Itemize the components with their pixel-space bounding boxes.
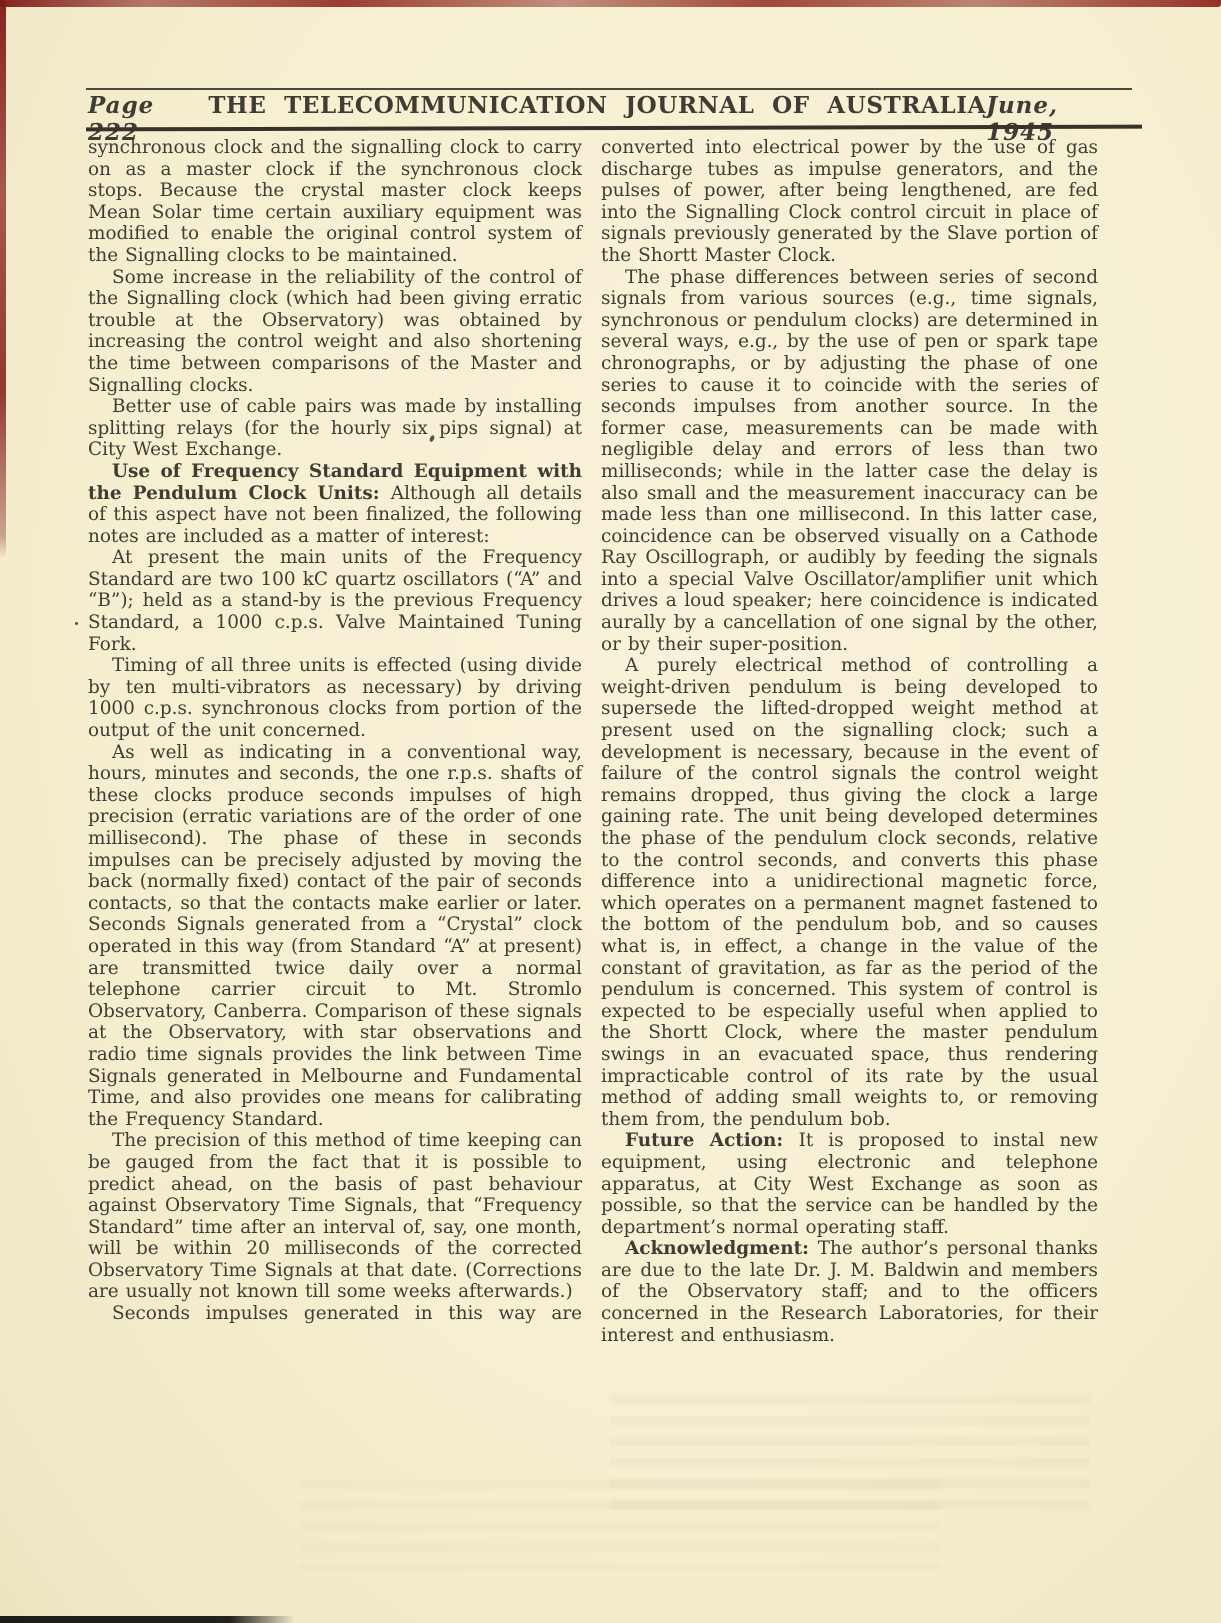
scan-artifact-bottom-edge (0, 1616, 295, 1623)
paragraph: As well as indicating in a conventional … (88, 742, 582, 1131)
paragraph: Better use of cable pairs was made by in… (88, 396, 582, 461)
ink-speck (75, 622, 78, 625)
paragraph: The precision of this method of time kee… (88, 1130, 582, 1303)
scan-artifact-left-edge (0, 0, 6, 558)
paragraph: Timing of all three units is effected (u… (88, 655, 582, 741)
paragraph: synchronous clock and the signalling clo… (88, 137, 582, 267)
paragraph: A purely electrical method of controllin… (601, 655, 1098, 1130)
paragraph: The phase differences between series of … (601, 267, 1098, 656)
left-column: synchronous clock and the signalling clo… (88, 137, 582, 1325)
scan-artifact-top-edge (0, 0, 1221, 7)
runin-heading: Acknowledgment: (625, 1238, 818, 1259)
paragraph: Seconds impulses generated in this way a… (88, 1303, 582, 1325)
paragraph: Future Action: It is proposed to instal … (601, 1130, 1098, 1238)
showthrough-ghost-text (610, 1395, 1090, 1515)
paragraph: Acknowledgment: The author’s personal th… (601, 1238, 1098, 1346)
showthrough-ghost-text (300, 1480, 940, 1570)
runin-heading: Future Action: (625, 1130, 799, 1151)
paragraph: Use of Frequency Standard Equipment with… (88, 461, 582, 547)
runin-heading: Use of Frequency Standard Equipment with… (88, 461, 582, 504)
right-column: converted into electrical power by the u… (601, 137, 1098, 1346)
paragraph: At present the main units of the Frequen… (88, 547, 582, 655)
paragraph: Some increase in the reliability of the … (88, 267, 582, 397)
header-rule-top (86, 88, 1132, 90)
paragraph: converted into electrical power by the u… (601, 137, 1098, 267)
journal-page: Page 222 THE TELECOMMUNICATION JOURNAL O… (0, 0, 1221, 1623)
journal-title: THE TELECOMMUNICATION JOURNAL OF AUSTRAL… (208, 92, 986, 119)
